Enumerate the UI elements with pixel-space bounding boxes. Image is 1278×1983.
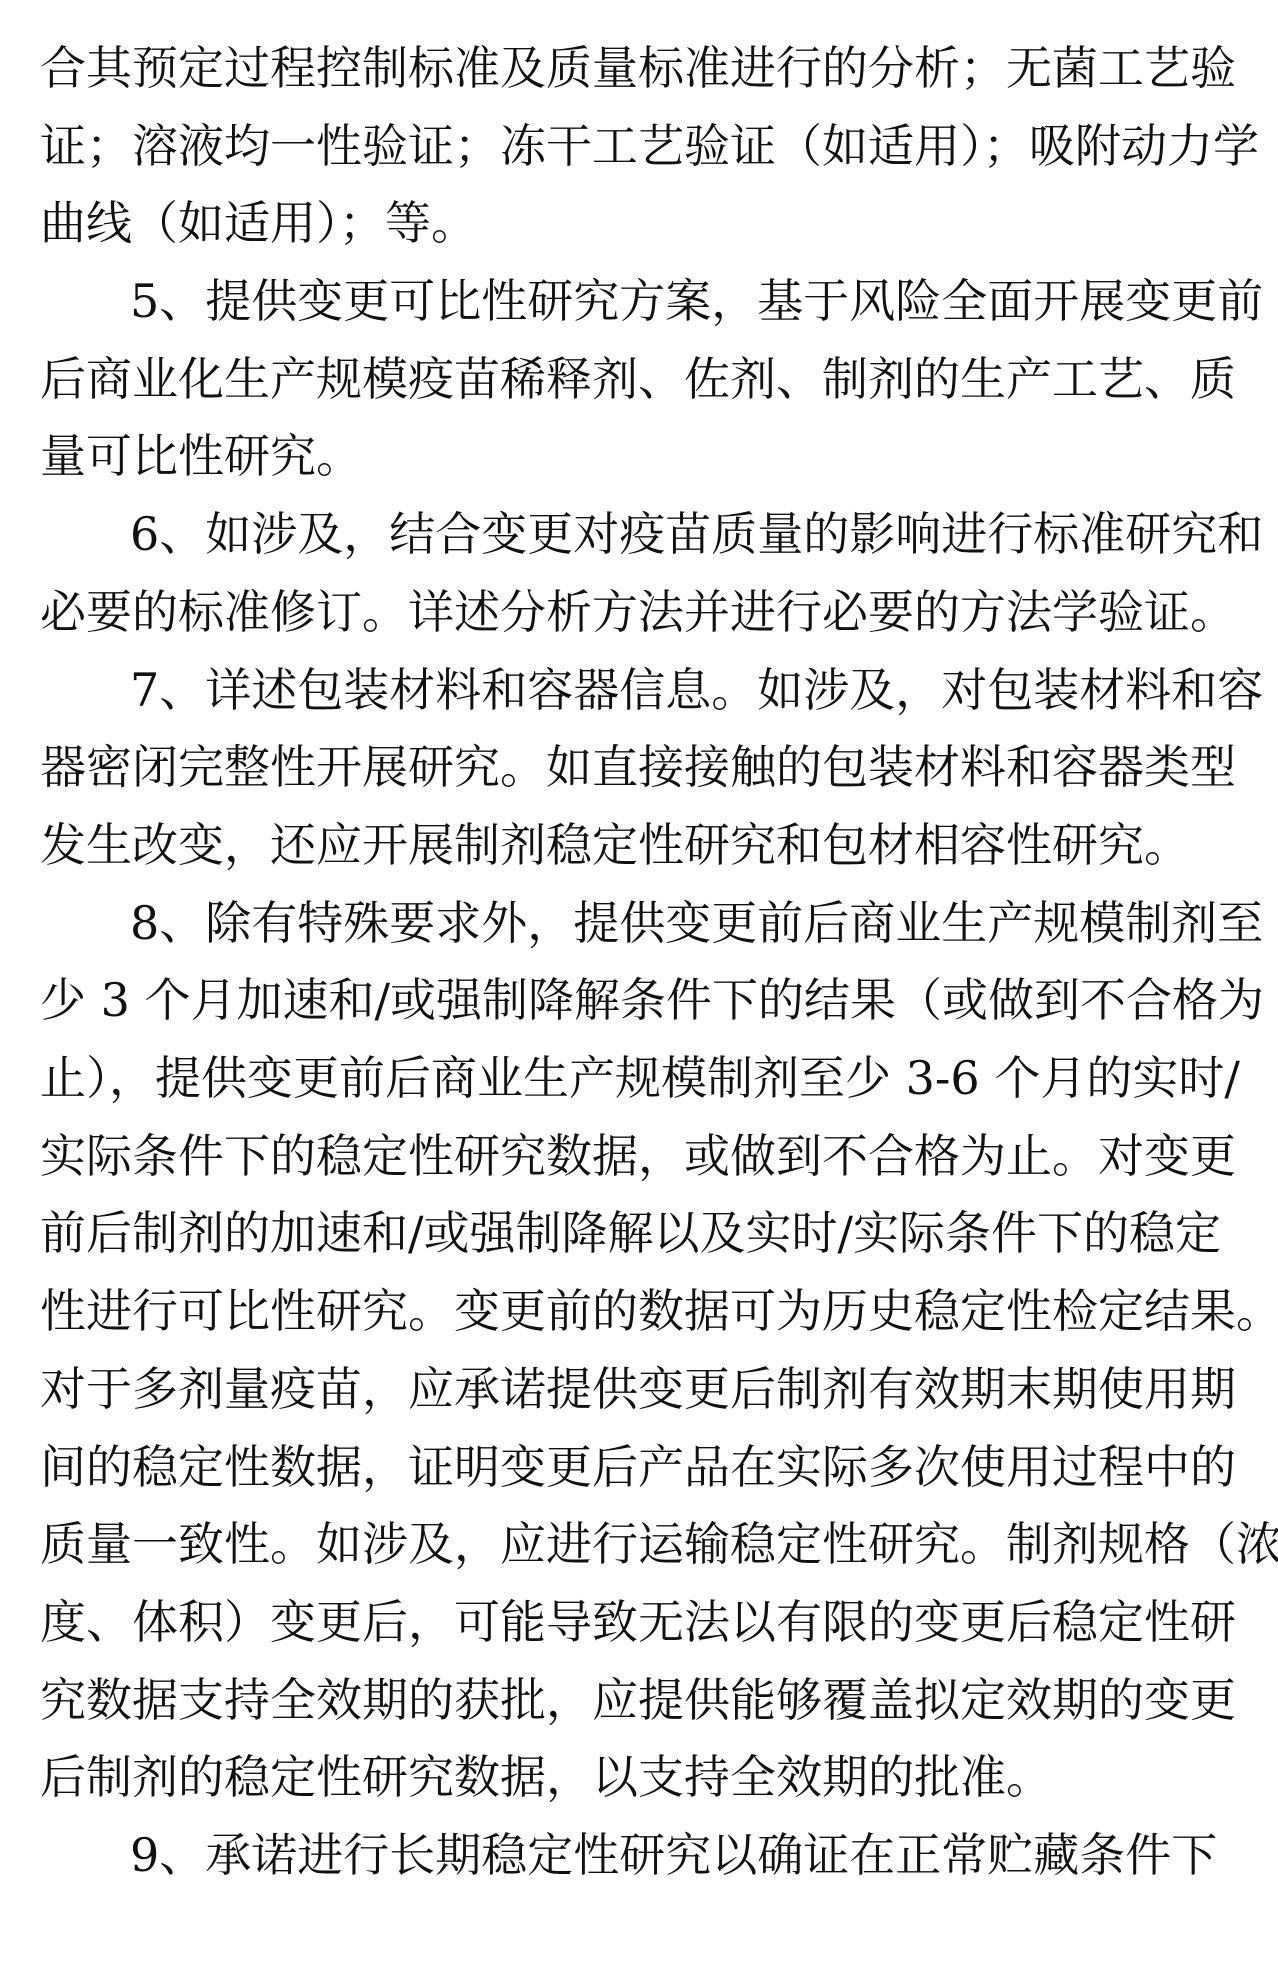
text-line: 实际条件下的稳定性研究数据，或做到不合格为止。对变更 [40,1126,1190,1186]
text-line: 间的稳定性数据，证明变更后产品在实际多次使用过程中的 [40,1437,1190,1497]
paragraph-6-start: 6、如涉及，结合变更对疫苗质量的影响进行标准研究和 [130,504,1190,564]
text-line: 必要的标准修订。详述分析方法并进行必要的方法学验证。 [40,582,1190,642]
text-line: 止），提供变更前后商业生产规模制剂至少 3-6 个月的实时/ [40,1048,1190,1108]
text-line: 量可比性研究。 [40,426,1190,486]
text-line: 性进行可比性研究。变更前的数据可为历史稳定性检定结果。 [40,1281,1190,1341]
text-line: 前后制剂的加速和/或强制降解以及实时/实际条件下的稳定 [40,1203,1190,1263]
text-line: 究数据支持全效期的获批，应提供能够覆盖拟定效期的变更 [40,1670,1190,1730]
paragraph-9-start: 9、承诺进行长期稳定性研究以确证在正常贮藏条件下 [130,1825,1190,1885]
text-line: 证；溶液均一性验证；冻干工艺验证（如适用）；吸附动力学 [40,116,1190,176]
text-line: 器密闭完整性开展研究。如直接接触的包装材料和容器类型 [40,737,1190,797]
document-page: 合其预定过程控制标准及质量标准进行的分析；无菌工艺验 证；溶液均一性验证；冻干工… [0,0,1278,1983]
text-line: 少 3 个月加速和/或强制降解条件下的结果（或做到不合格为 [40,970,1190,1030]
text-line: 后制剂的稳定性研究数据，以支持全效期的批准。 [40,1747,1190,1807]
paragraph-5-start: 5、提供变更可比性研究方案，基于风险全面开展变更前 [130,271,1190,331]
text-line: 合其预定过程控制标准及质量标准进行的分析；无菌工艺验 [40,38,1190,98]
text-line: 发生改变，还应开展制剂稳定性研究和包材相容性研究。 [40,815,1190,875]
text-line: 曲线（如适用）；等。 [40,193,1190,253]
text-line: 度、体积）变更后，可能导致无法以有限的变更后稳定性研 [40,1592,1190,1652]
text-line: 对于多剂量疫苗，应承诺提供变更后制剂有效期末期使用期 [40,1359,1190,1419]
text-line: 质量一致性。如涉及，应进行运输稳定性研究。制剂规格（浓 [40,1514,1190,1574]
text-line: 后商业化生产规模疫苗稀释剂、佐剂、制剂的生产工艺、质 [40,349,1190,409]
paragraph-7-start: 7、详述包装材料和容器信息。如涉及，对包装材料和容 [130,660,1190,720]
paragraph-8-start: 8、除有特殊要求外，提供变更前后商业生产规模制剂至 [130,893,1190,953]
